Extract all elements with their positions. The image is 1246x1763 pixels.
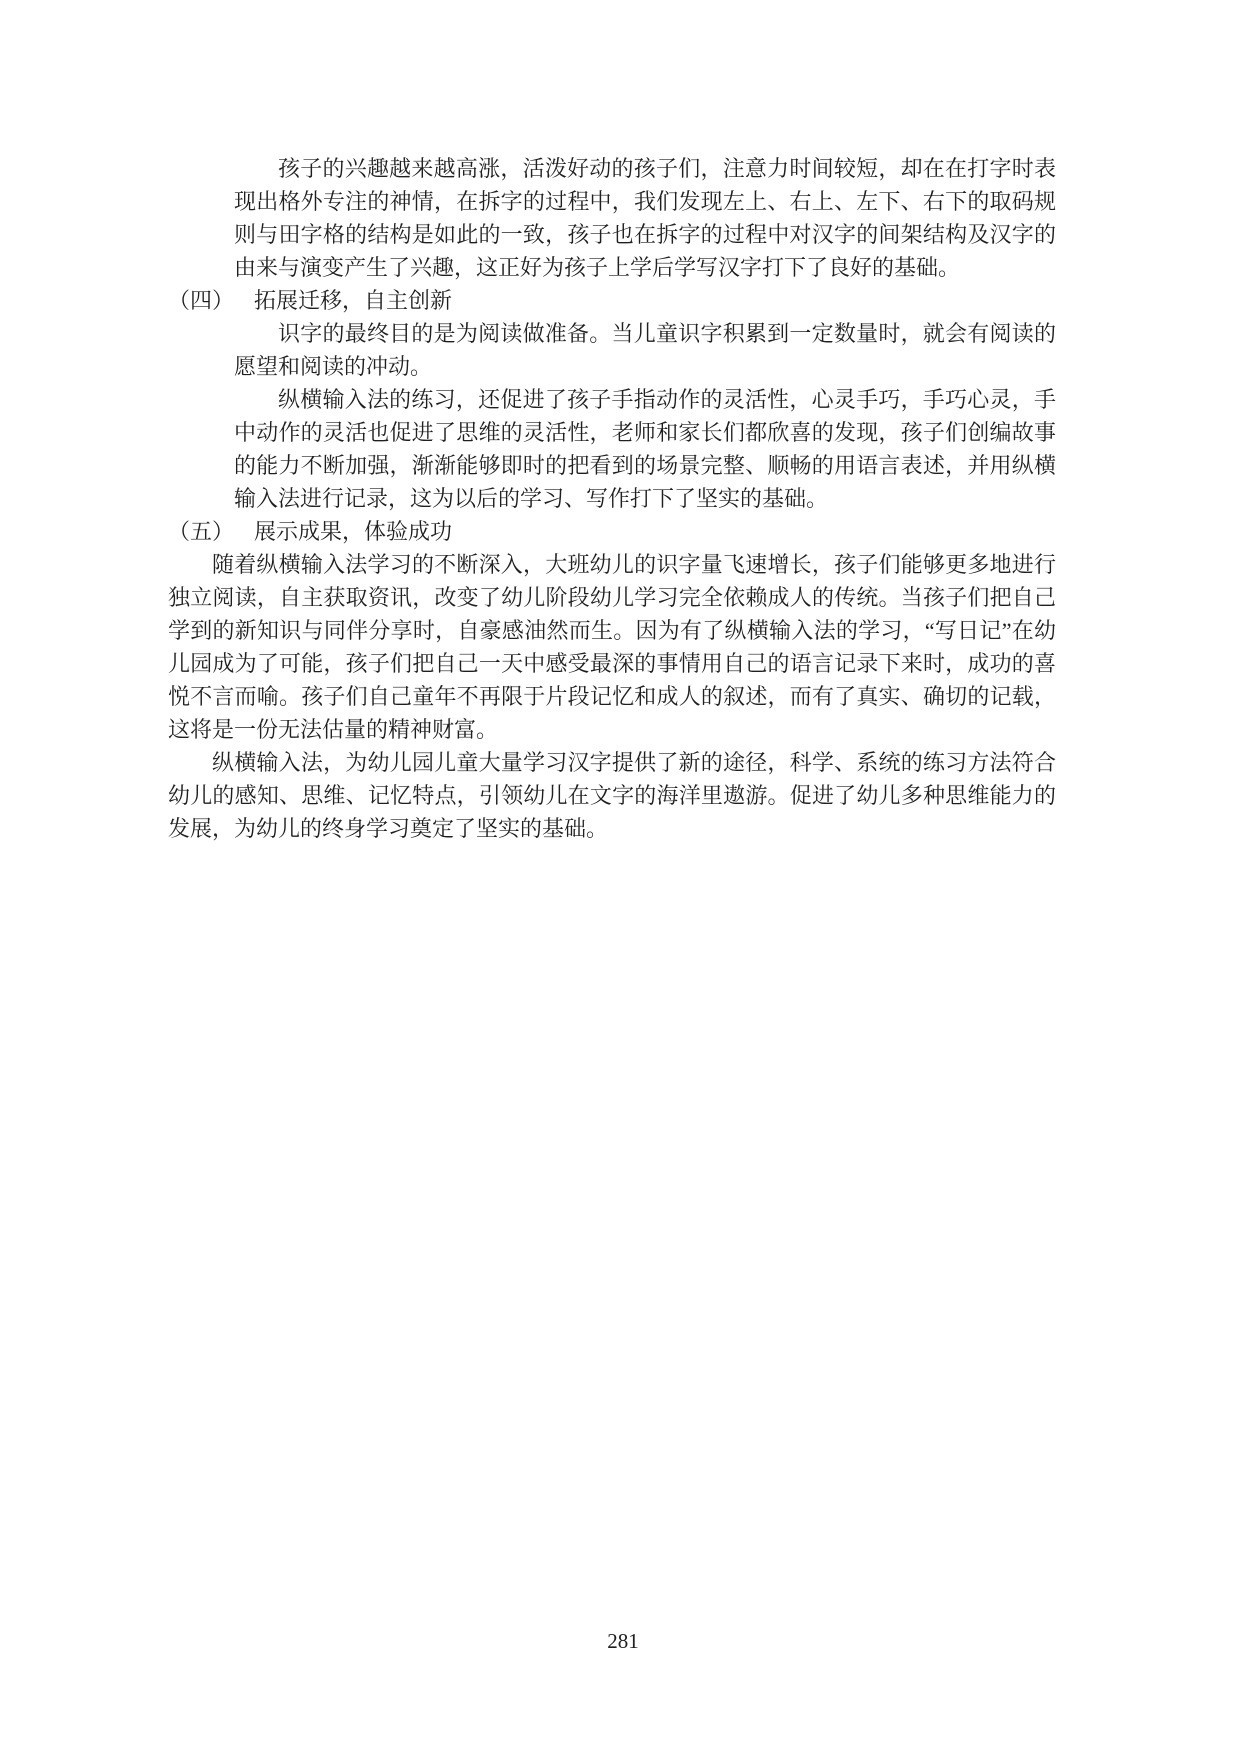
section-heading-4-title: 拓展迁移，自主创新 <box>254 288 452 313</box>
page-number: 281 <box>0 1628 1246 1654</box>
text-column: 孩子的兴趣越来越高涨，活泼好动的孩子们，注意力时间较短，却在在打字时表现出格外专… <box>168 152 1056 845</box>
section-5-paragraph-1: 随着纵横输入法学习的不断深入，大班幼儿的识字量飞速增长，孩子们能够更多地进行独立… <box>168 548 1056 746</box>
section-heading-4-label: （四） <box>168 284 234 317</box>
section-heading-4: （四）拓展迁移，自主创新 <box>168 284 1056 317</box>
section-4-paragraph-2: 纵横输入法的练习，还促进了孩子手指动作的灵活性，心灵手巧，手巧心灵，手中动作的灵… <box>234 383 1056 515</box>
section-heading-5: （五）展示成果，体验成功 <box>168 515 1056 548</box>
section-heading-5-title: 展示成果，体验成功 <box>254 519 452 544</box>
closing-paragraph: 纵横输入法，为幼儿园儿童大量学习汉字提供了新的途径，科学、系统的练习方法符合幼儿… <box>168 746 1056 845</box>
section-heading-5-label: （五） <box>168 515 234 548</box>
document-page: 孩子的兴趣越来越高涨，活泼好动的孩子们，注意力时间较短，却在在打字时表现出格外专… <box>0 0 1246 1763</box>
section-4-paragraph-1: 识字的最终目的是为阅读做准备。当儿童识字积累到一定数量时，就会有阅读的愿望和阅读… <box>234 317 1056 383</box>
continued-paragraph: 孩子的兴趣越来越高涨，活泼好动的孩子们，注意力时间较短，却在在打字时表现出格外专… <box>234 152 1056 284</box>
